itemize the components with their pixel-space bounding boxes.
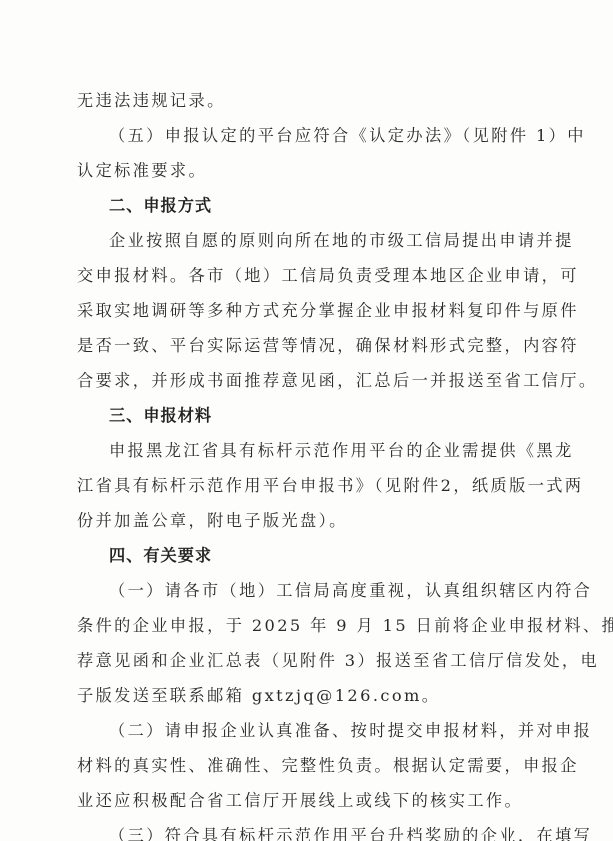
section-heading-application-method: 二、申报方式 (109, 196, 533, 216)
section-heading-requirements: 四、有关要求 (109, 546, 533, 566)
paragraph-line-email: 子版发送至联系邮箱 gxtzjq@126.com。 (77, 686, 533, 706)
paragraph-line: （三）符合具有标杆示范作用平台升档奖励的企业，在填写 (109, 826, 533, 841)
paragraph-line: 采取实地调研等多种方式充分掌握企业申报材料复印件与原件 (77, 301, 533, 321)
paragraph-line: 是否一致、平台实际运营等情况，确保材料形式完整，内容符 (77, 336, 533, 356)
paragraph-line: 材料的真实性、准确性、完整性负责。根据认定需要，申报企 (77, 756, 533, 776)
paragraph-line: （一）请各市（地）工信局高度重视，认真组织辖区内符合 (109, 581, 533, 601)
paragraph-line: 条件的企业申报，于 2025 年 9 月 15 日前将企业申报材料、推 (77, 616, 533, 636)
section-heading-application-materials: 三、申报材料 (109, 406, 533, 426)
paragraph-line: （二）请申报企业认真准备、按时提交申报材料，并对申报 (109, 721, 533, 741)
paragraph-line: （五）申报认定的平台应符合《认定办法》（见附件 1）中 (109, 126, 533, 146)
paragraph-line: 申报黑龙江省具有标杆示范作用平台的企业需提供《黑龙 (109, 441, 533, 461)
paragraph-line: 合要求，并形成书面推荐意见函，汇总后一并报送至省工信厅。 (77, 371, 533, 391)
paragraph-line: 份并加盖公章，附电子版光盘）。 (77, 511, 533, 531)
paragraph-line: 业还应积极配合省工信厅开展线上或线下的核实工作。 (77, 791, 533, 811)
paragraph-line: 江省具有标杆示范作用平台申报书》（见附件2，纸质版一式两 (77, 476, 533, 496)
paragraph-line: 无违法违规记录。 (77, 91, 533, 111)
paragraph-line: 荐意见函和企业汇总表（见附件 3）报送至省工信厅信发处，电 (77, 651, 533, 671)
paragraph-line: 认定标准要求。 (77, 161, 533, 181)
document-page: 无违法违规记录。 （五）申报认定的平台应符合《认定办法》（见附件 1）中 认定标… (0, 0, 613, 841)
paragraph-line: 交申报材料。各市（地）工信局负责受理本地区企业申请，可 (77, 266, 533, 286)
paragraph-line: 企业按照自愿的原则向所在地的市级工信局提出申请并提 (109, 231, 533, 251)
